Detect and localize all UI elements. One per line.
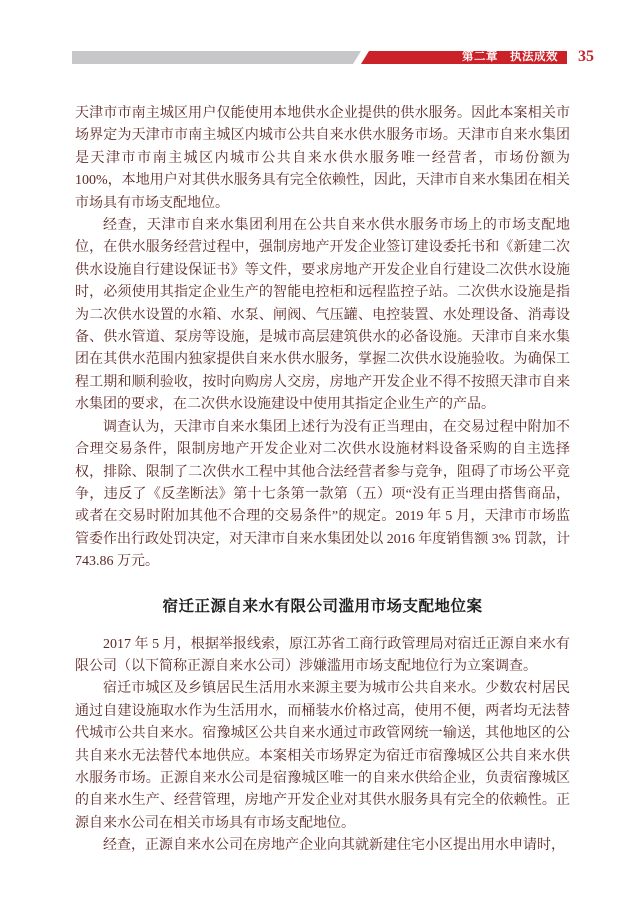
chapter-title: 第二章 执法成效 (462, 51, 558, 64)
page-body: 天津市市南主城区用户仅能使用本地供水企业提供的供水服务。因此本案相关市场界定为天… (75, 103, 570, 858)
paragraph-suqian-market-definition: 宿迁市城区及乡镇居民生活用水来源主要为城市公共自来水。少数农村居民通过自建设施取… (75, 678, 570, 835)
header-gray-bar (72, 51, 361, 64)
paragraph-suqian-case-opening: 2017 年 5 月，根据举报线索，原江苏省工商行政管理局对宿迁正源自来水有限公… (75, 634, 570, 679)
paragraph-tianjin-market-definition: 天津市市南主城区用户仅能使用本地供水企业提供的供水服务。因此本案相关市场界定为天… (75, 103, 570, 215)
header-chapter-banner: 第二章 执法成效 (361, 51, 567, 64)
section-heading-suqian-case: 宿迁正源自来水有限公司滥用市场支配地位案 (75, 594, 570, 616)
page-number: 35 (578, 47, 594, 67)
paragraph-tianjin-investigation: 经查，天津市自来水集团利用在公共自来水供水服务市场上的市场支配地位，在供水服务经… (75, 215, 570, 417)
page-header: 第二章 执法成效 35 (0, 0, 642, 80)
document-page: 第二章 执法成效 35 天津市市南主城区用户仅能使用本地供水企业提供的供水服务。… (0, 0, 642, 907)
paragraph-tianjin-penalty: 调查认为，天津市自来水集团上述行为没有正当理由，在交易过程中附加不合理交易条件，… (75, 417, 570, 574)
paragraph-suqian-investigation-start: 经查，正源自来水公司在房地产企业向其就新建住宅小区提出用水申请时， (75, 835, 570, 857)
